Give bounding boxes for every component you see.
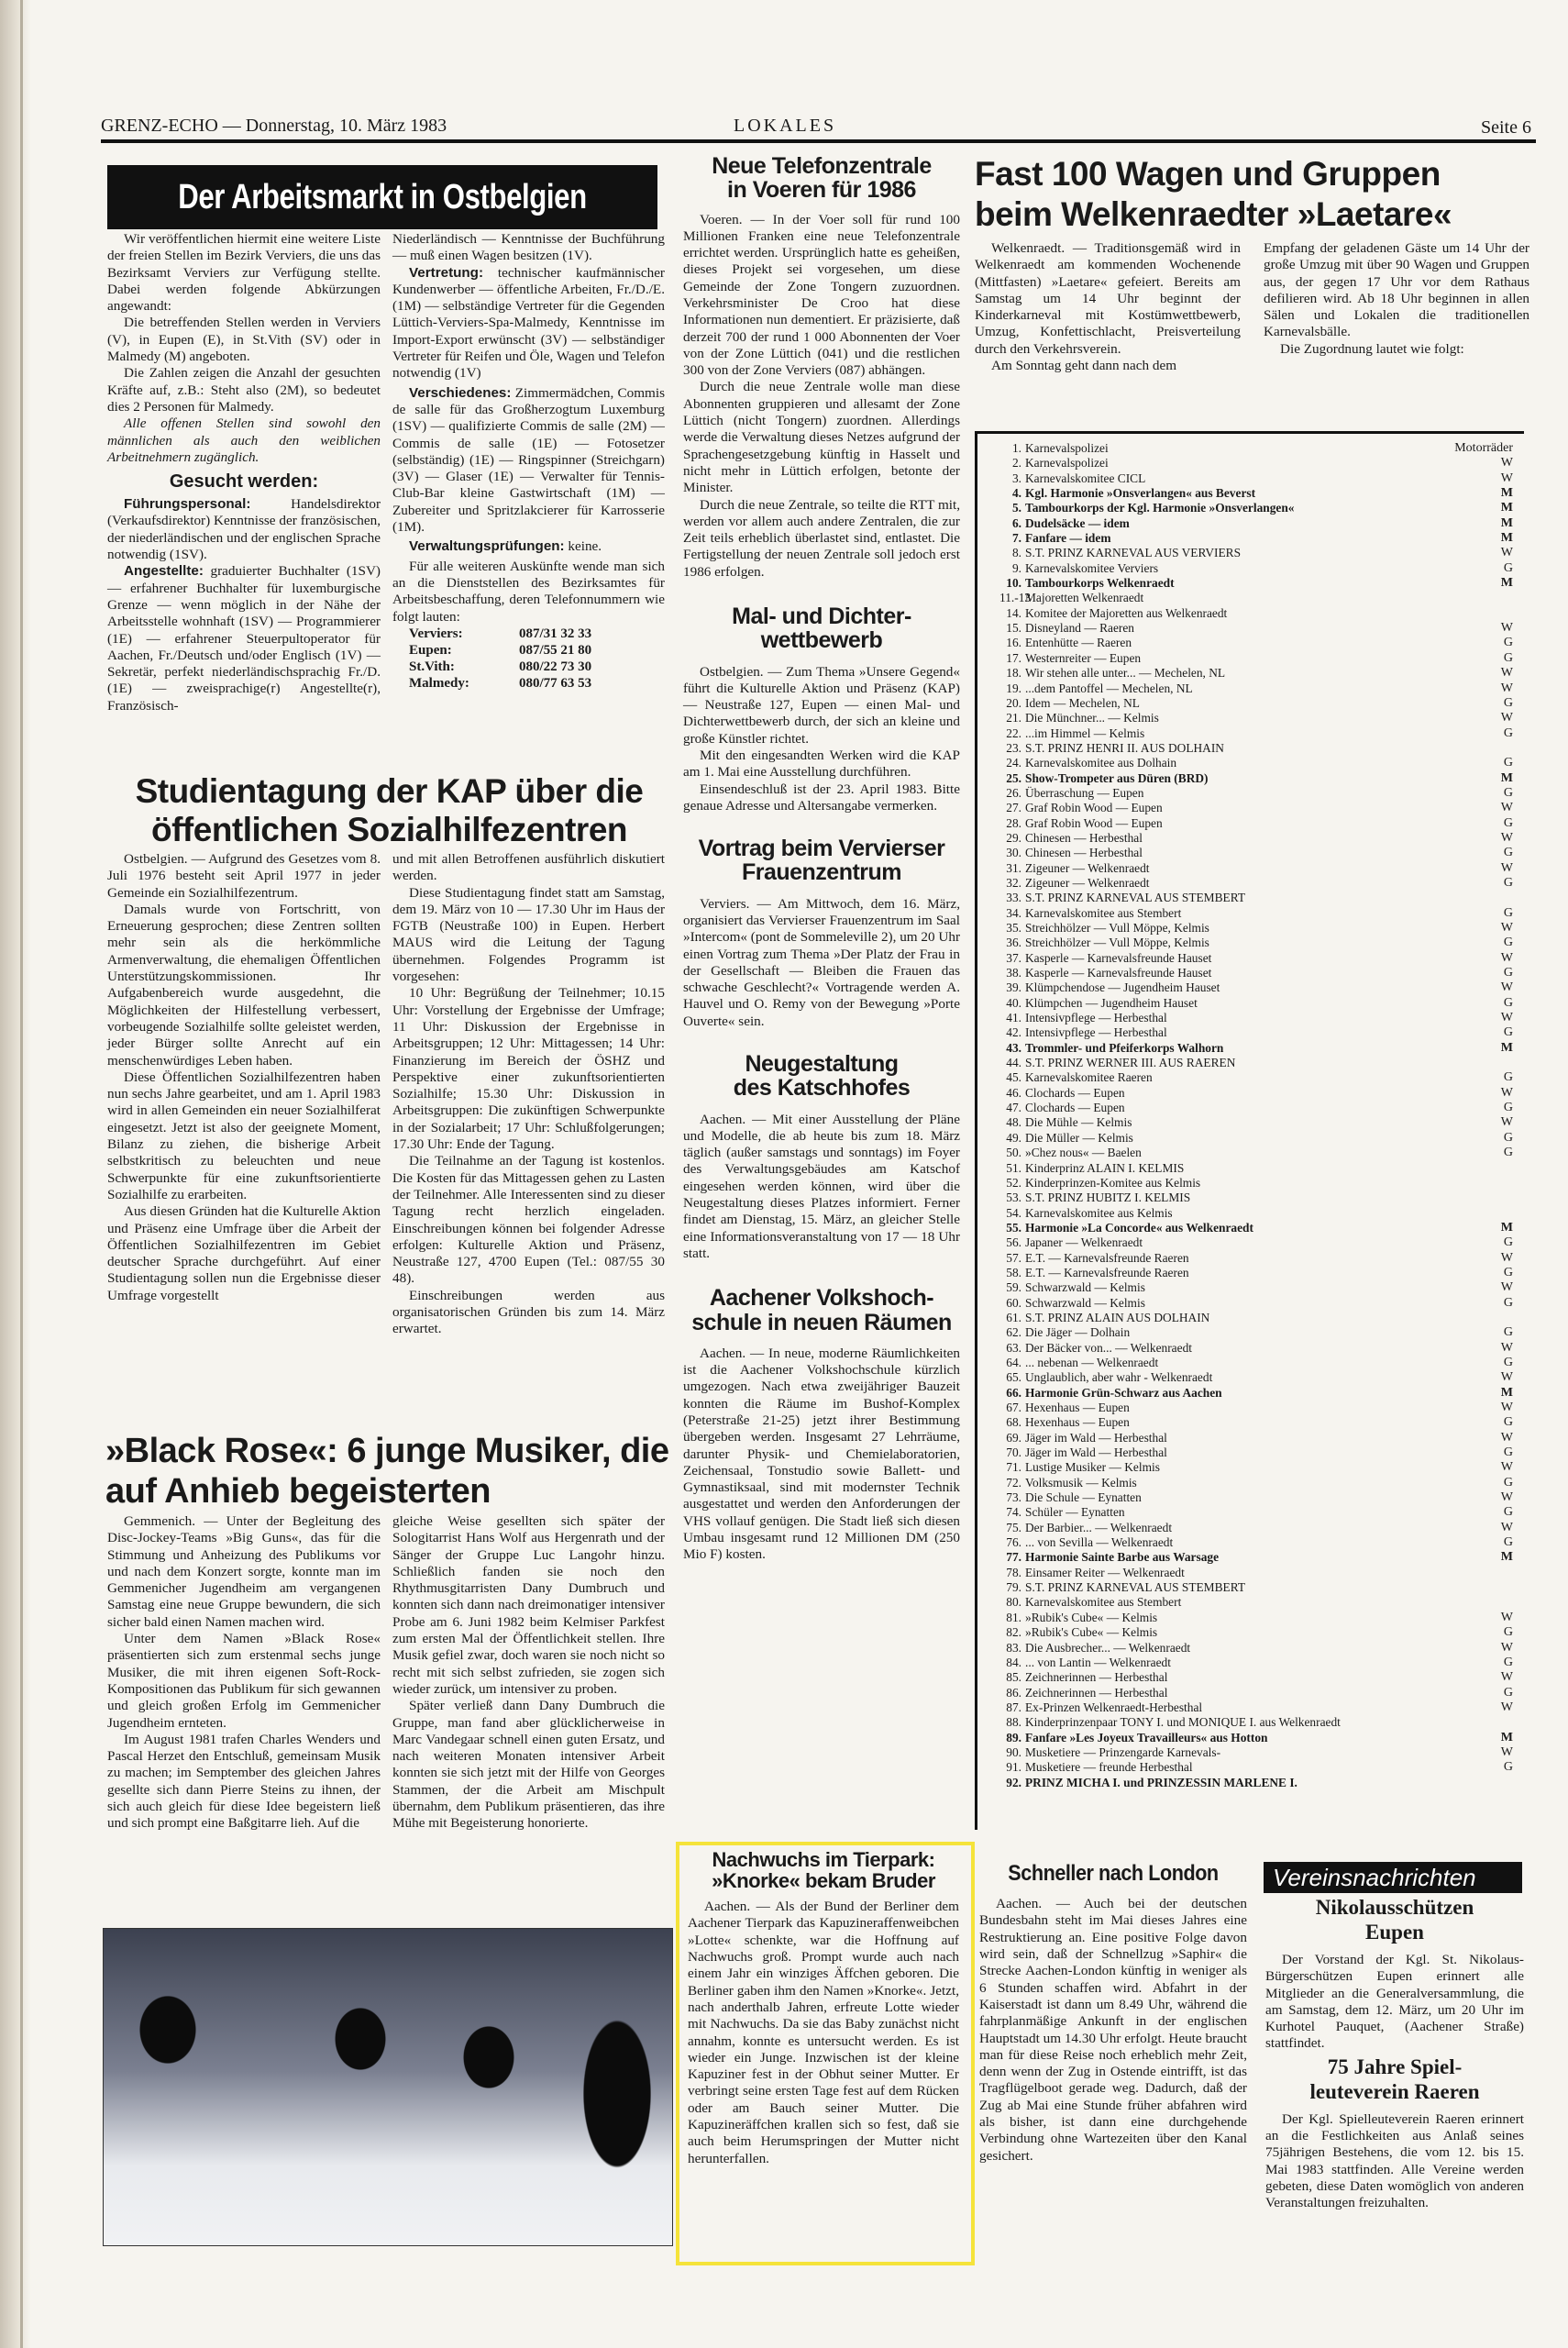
zugordnung-number: 6. <box>999 516 1021 531</box>
zugordnung-type: G <box>1504 1131 1513 1146</box>
article-paragraph: Führungspersonal: Handelsdirektor (Verka… <box>107 496 381 563</box>
zugordnung-entry: 57.E.T. — Karnevalsfreunde Raeren <box>999 1251 1189 1266</box>
article-paragraph: Verwaltungsprüfungen: keine. <box>392 538 665 555</box>
zugordnung-type: W <box>1501 921 1513 936</box>
zugordnung-number: 35. <box>999 921 1021 936</box>
article-paragraph: Angestellte: graduierter Buchhalter (1SV… <box>107 563 381 714</box>
middle-column: Neue Telefonzentrale in Voeren für 1986 … <box>683 154 960 1564</box>
zugordnung-row: 66.Harmonie Grün-Schwarz aus AachenM <box>999 1386 1513 1401</box>
zugordnung-type: M <box>1501 1731 1513 1745</box>
zugordnung-row: 88.Kinderprinzenpaar TONY I. und MONIQUE… <box>999 1715 1513 1730</box>
zugordnung-row: 14.Komitee der Majoretten aus Welkenraed… <box>999 606 1513 621</box>
zugordnung-number: 80. <box>999 1595 1021 1610</box>
zugordnung-name: Karnevalskomitee aus Kelmis <box>1025 1206 1173 1220</box>
zugordnung-type: W <box>1501 1011 1513 1025</box>
phone-city: Eupen: <box>409 642 519 659</box>
article-paragraph: Die Zugordnung lautet wie folgt: <box>1264 341 1529 358</box>
zugordnung-row: 42.Intensivpflege — HerbesthalG <box>999 1025 1513 1040</box>
zugordnung-name: Harmonie Grün-Schwarz aus Aachen <box>1025 1386 1222 1400</box>
zugordnung-name: ... von Sevilla — Welkenraedt <box>1025 1535 1173 1549</box>
arbeitsmarkt-headline: Der Arbeitsmarkt in Ostbelgien <box>157 165 608 229</box>
zugordnung-name: Die Ausbrecher... — Welkenraedt <box>1025 1641 1190 1655</box>
zugordnung-row: 70.Jäger im Wald — HerbesthalG <box>999 1445 1513 1460</box>
zugordnung-row: 78.Einsamer Reiter — Welkenraedt <box>999 1566 1513 1580</box>
zugordnung-name: Karnevalskomitee aus Stembert <box>1025 1595 1181 1609</box>
zugordnung-number: 19. <box>999 681 1021 696</box>
zugordnung-name: Kasperle — Karnevalsfreunde Hauset <box>1025 966 1211 980</box>
zugordnung-row: 50.»Chez nous« — BaelenG <box>999 1146 1513 1160</box>
zugordnung-row: 48.Die Mühle — KelmisW <box>999 1115 1513 1130</box>
zugordnung-entry: 73.Die Schule — Eynatten <box>999 1490 1142 1505</box>
zugordnung-number: 47. <box>999 1101 1021 1115</box>
zugordnung-entry: 88.Kinderprinzenpaar TONY I. und MONIQUE… <box>999 1715 1341 1730</box>
zugordnung-number: 9. <box>999 561 1021 576</box>
zugordnung-name: »Chez nous« — Baelen <box>1025 1146 1142 1159</box>
zugordnung-type: G <box>1504 996 1513 1011</box>
zugordnung-entry: 1.Karnevalspolizei <box>999 441 1109 456</box>
katschhof-headline: Neugestaltung des Katschhofes <box>683 1052 960 1101</box>
article-paragraph: Ostbelgien. — Aufgrund des Gesetzes vom … <box>107 851 381 902</box>
nikolaus-headline: Nikolausschützen Eupen <box>1265 1895 1524 1944</box>
zugordnung-name: Schwarzwald — Kelmis <box>1025 1280 1145 1294</box>
zugordnung-number: 4. <box>999 486 1021 501</box>
article-paragraph: Aus diesen Gründen hat die Kulturelle Ak… <box>107 1203 381 1304</box>
zugordnung-row: 24.Karnevalskomitee aus DolhainG <box>999 756 1513 770</box>
zugordnung-type: G <box>1504 1101 1513 1115</box>
masthead-page-number: Seite 6 <box>1481 117 1531 138</box>
vhs-headline: Aachener Volkshoch- schule in neuen Räum… <box>683 1286 960 1335</box>
headline-line: Nachwuchs im Tierpark: <box>688 1849 959 1870</box>
zugordnung-name: Karnevalspolizei <box>1025 456 1109 470</box>
article-paragraph: Die betreffenden Stellen werden in Vervi… <box>107 315 381 365</box>
article-paragraph: Durch die neue Zentrale wolle man diese … <box>683 379 960 496</box>
zugordnung-name: Lustige Musiker — Kelmis <box>1025 1460 1160 1474</box>
zugordnung-number: 14. <box>999 606 1021 621</box>
zugordnung-type: M <box>1501 516 1513 531</box>
zugordnung-number: 77. <box>999 1550 1021 1565</box>
zugordnung-row: 23.S.T. PRINZ HENRI II. AUS DOLHAIN <box>999 741 1513 756</box>
headline-line: Aachener Volkshoch- <box>683 1286 960 1310</box>
zugordnung-entry: 60.Schwarzwald — Kelmis <box>999 1296 1145 1311</box>
zugordnung-entry: 26.Überraschung — Eupen <box>999 786 1143 801</box>
article-paragraph: 10 Uhr: Begrüßung der Teilnehmer; 10.15 … <box>392 985 665 1153</box>
zugordnung-entry: 10.Tambourkorps Welkenraedt <box>999 576 1175 591</box>
zugordnung-row: 85.Zeichnerinnen — HerbesthalW <box>999 1670 1513 1685</box>
zugordnung-name: Disneyland — Raeren <box>1025 621 1134 635</box>
zugordnung-row: 1.KarnevalspolizeiMotorräder <box>999 441 1513 456</box>
arbeitsmarkt-col2: Niederländisch — Kenntnisse der Buchführ… <box>392 231 665 692</box>
london-headline: Schneller nach London <box>993 1862 1234 1885</box>
zugordnung-type: G <box>1504 876 1513 891</box>
zugordnung-name: Harmonie Sainte Barbe aus Warsage <box>1025 1550 1219 1564</box>
zugordnung-type: G <box>1504 1070 1513 1085</box>
zugordnung-name: Tambourkorps der Kgl. Harmonie »Onsverla… <box>1025 501 1295 515</box>
zugordnung-entry: 15.Disneyland — Raeren <box>999 621 1134 636</box>
zugordnung-entry: 77.Harmonie Sainte Barbe aus Warsage <box>999 1550 1219 1565</box>
zugordnung-name: Harmonie »La Concorde« aus Welkenraedt <box>1025 1221 1253 1235</box>
zugordnung-name: Streichhölzer — Vull Möppe, Kelmis <box>1025 936 1209 949</box>
masthead: GRENZ-ECHO — Donnerstag, 10. März 1983 L… <box>101 112 1531 138</box>
zugordnung-number: 31. <box>999 861 1021 876</box>
zugordnung-number: 10. <box>999 576 1021 591</box>
zugordnung-name: Musketiere — freunde Herbesthal <box>1025 1760 1193 1774</box>
zugordnung-type: W <box>1501 1521 1513 1535</box>
zugordnung-entry: 74.Schüler — Eynatten <box>999 1505 1125 1520</box>
zugordnung-entry: 22....im Himmel — Kelmis <box>999 726 1144 741</box>
zugordnung-entry: 76.... von Sevilla — Welkenraedt <box>999 1535 1173 1550</box>
zugordnung-number: 70. <box>999 1445 1021 1460</box>
zugordnung-row: 27.Graf Robin Wood — EupenW <box>999 801 1513 815</box>
zugordnung-number: 59. <box>999 1280 1021 1295</box>
phone-row: Verviers:087/31 32 33 <box>409 626 665 642</box>
zugordnung-name: Fanfare »Les Joyeux Travailleurs« aus Ho… <box>1025 1731 1267 1744</box>
zugordnung-type: W <box>1501 1280 1513 1295</box>
zugordnung-row: 44.S.T. PRINZ WERNER III. AUS RAEREN <box>999 1056 1513 1070</box>
zugordnung-number: 78. <box>999 1566 1021 1580</box>
zugordnung-number: 58. <box>999 1266 1021 1280</box>
zugordnung-name: »Rubik's Cube« — Kelmis <box>1025 1625 1157 1639</box>
zugordnung-name: Westernreiter — Eupen <box>1025 651 1141 665</box>
zugordnung-number: 43. <box>999 1041 1021 1056</box>
zugordnung-number: 52. <box>999 1176 1021 1191</box>
zugordnung-number: 53. <box>999 1191 1021 1205</box>
zugordnung-type: G <box>1504 786 1513 801</box>
zugordnung-number: 26. <box>999 786 1021 801</box>
arbeitsmarkt-col1: Wir veröffentlichen hiermit eine weitere… <box>107 231 381 714</box>
zugordnung-entry: 45.Karnevalskomitee Raeren <box>999 1070 1153 1085</box>
zugordnung-row: 72.Volksmusik — KelmisG <box>999 1476 1513 1490</box>
zugordnung-name: Karnevalskomitee Raeren <box>1025 1070 1153 1084</box>
zugordnung-entry: 17.Westernreiter — Eupen <box>999 651 1141 666</box>
zugordnung-name: Zigeuner — Welkenraedt <box>1025 861 1150 875</box>
zugordnung-type: W <box>1501 831 1513 846</box>
zugordnung-entry: 33.S.T. PRINZ KARNEVAL AUS STEMBERT <box>999 891 1245 905</box>
zugordnung-type: W <box>1501 546 1513 560</box>
zugordnung-name: Zeichnerinnen — Herbesthal <box>1025 1686 1167 1700</box>
zugordnung-number: 91. <box>999 1760 1021 1775</box>
zugordnung-entry: 61.S.T. PRINZ ALAIN AUS DOLHAIN <box>999 1311 1209 1325</box>
zugordnung-entry: 56.Japaner — Welkenraedt <box>999 1235 1143 1250</box>
zugordnung-entry: 83.Die Ausbrecher... — Welkenraedt <box>999 1641 1190 1656</box>
zugordnung-type: M <box>1501 1041 1513 1056</box>
zugordnung-row: 77.Harmonie Sainte Barbe aus WarsageM <box>999 1550 1513 1565</box>
zugordnung-row: 54.Karnevalskomitee aus Kelmis <box>999 1206 1513 1221</box>
zugordnung-entry: 30.Chinesen — Herbesthal <box>999 846 1143 860</box>
zugordnung-entry: 82.»Rubik's Cube« — Kelmis <box>999 1625 1157 1640</box>
zugordnung-type: G <box>1504 936 1513 950</box>
zugordnung-name: Musketiere — Prinzengarde Karnevals- <box>1025 1745 1220 1759</box>
zugordnung-entry: 2.Karnevalspolizei <box>999 456 1109 471</box>
zugordnung-entry: 49.Die Müller — Kelmis <box>999 1131 1133 1146</box>
zugordnung-type: W <box>1501 801 1513 815</box>
malwettbewerb-headline: Mal- und Dichter- wettbewerb <box>683 604 960 653</box>
zugordnung-type: G <box>1504 1146 1513 1160</box>
zugordnung-entry: 64.... nebenan — Welkenraedt <box>999 1356 1158 1370</box>
phone-number: 080/77 63 53 <box>519 675 591 692</box>
zugordnung-entry: 46.Clochards — Eupen <box>999 1086 1125 1101</box>
zugordnung-number: 20. <box>999 696 1021 711</box>
zugordnung-number: 28. <box>999 816 1021 831</box>
zugordnung-entry: 18.Wir stehen alle unter... — Mechelen, … <box>999 666 1225 681</box>
zugordnung-name: Idem — Mechelen, NL <box>1025 696 1140 710</box>
zugordnung-name: Fanfare — idem <box>1025 531 1110 545</box>
zugordnung-entry: 19....dem Pantoffel — Mechelen, NL <box>999 681 1193 696</box>
zugordnung-entry: 85.Zeichnerinnen — Herbesthal <box>999 1670 1167 1685</box>
phone-number: 087/55 21 80 <box>519 642 591 659</box>
zugordnung-entry: 37.Kasperle — Karnevalsfreunde Hauset <box>999 951 1211 966</box>
zugordnung-entry: 21.Die Münchner... — Kelmis <box>999 711 1159 725</box>
zugordnung-entry: 11.-13Majoretten Welkenraedt <box>999 591 1143 605</box>
zugordnung-row: 32.Zigeuner — WelkenraedtG <box>999 876 1513 891</box>
zugordnung-row: 11.-13Majoretten Welkenraedt <box>999 591 1513 605</box>
zugordnung-name: Komitee der Majoretten aus Welkenraedt <box>1025 606 1227 620</box>
zugordnung-number: 89. <box>999 1731 1021 1745</box>
article-paragraph: Diese Öffentlichen Sozialhilfezentren ha… <box>107 1069 381 1203</box>
headline-line: leuteverein Raeren <box>1265 2079 1524 2104</box>
zugordnung-number: 75. <box>999 1521 1021 1535</box>
zugordnung-row: 3.Karnevalskomitee CICLW <box>999 471 1513 486</box>
zugordnung-row: 82.»Rubik's Cube« — KelmisG <box>999 1625 1513 1640</box>
headline-line: Mal- und Dichter- <box>683 604 960 628</box>
zugordnung-row: 16.Entenhütte — RaerenG <box>999 636 1513 650</box>
article-paragraph: Damals wurde von Fortschritt, von Erneue… <box>107 902 381 1069</box>
zugordnung-row: 36.Streichhölzer — Vull Möppe, KelmisG <box>999 936 1513 950</box>
zugordnung-number: 67. <box>999 1401 1021 1415</box>
zugordnung-entry: 5.Tambourkorps der Kgl. Harmonie »Onsver… <box>999 501 1295 515</box>
article-paragraph: Die Zahlen zeigen die Anzahl der gesucht… <box>107 365 381 415</box>
headline-line: Neugestaltung <box>683 1052 960 1076</box>
zugordnung-name: Majoretten Welkenraedt <box>1025 591 1143 604</box>
zugordnung-entry: 70.Jäger im Wald — Herbesthal <box>999 1445 1167 1460</box>
zugordnung-number: 63. <box>999 1341 1021 1356</box>
zugordnung-number: 79. <box>999 1580 1021 1595</box>
zugordnung-number: 57. <box>999 1251 1021 1266</box>
zugordnung-row: 33.S.T. PRINZ KARNEVAL AUS STEMBERT <box>999 891 1513 905</box>
phone-city: St.Vith: <box>409 659 519 675</box>
zugordnung-name: Wir stehen alle unter... — Mechelen, NL <box>1025 666 1225 680</box>
zugordnung-name: ... nebenan — Welkenraedt <box>1025 1356 1158 1369</box>
zugordnung-type: G <box>1504 1296 1513 1311</box>
category-label: Angestellte: <box>124 563 204 579</box>
zugordnung-number: 56. <box>999 1235 1021 1250</box>
zugordnung-type: Motorräder <box>1454 441 1513 456</box>
zugordnung-entry: 48.Die Mühle — Kelmis <box>999 1115 1132 1130</box>
article-paragraph: Aachen. — Auch bei der deutschen Bundesb… <box>979 1896 1247 2165</box>
zugordnung-row: 86.Zeichnerinnen — HerbesthalG <box>999 1686 1513 1700</box>
zugordnung-name: Volksmusik — Kelmis <box>1025 1476 1137 1490</box>
zugordnung-row: 22....im Himmel — KelmisG <box>999 726 1513 741</box>
zugordnung-entry: 14.Komitee der Majoretten aus Welkenraed… <box>999 606 1227 621</box>
zugordnung-entry: 4.Kgl. Harmonie »Onsverlangen« aus Bever… <box>999 486 1255 501</box>
article-paragraph: gleiche Weise gesellten sich später der … <box>392 1513 665 1698</box>
headline-line: Vortrag beim Vervierser <box>683 836 960 860</box>
article-paragraph: Unter dem Namen »Black Rose« präsentiert… <box>107 1631 381 1732</box>
zugordnung-type: G <box>1504 1535 1513 1550</box>
zugordnung-number: 38. <box>999 966 1021 980</box>
zugordnung-row: 19....dem Pantoffel — Mechelen, NLW <box>999 681 1513 696</box>
zugordnung-row: 5.Tambourkorps der Kgl. Harmonie »Onsver… <box>999 501 1513 515</box>
zugordnung-entry: 52.Kinderprinzen-Komitee aus Kelmis <box>999 1176 1200 1191</box>
zugordnung-type: G <box>1504 1415 1513 1430</box>
zugordnung-entry: 53.S.T. PRINZ HUBITZ I. KELMIS <box>999 1191 1190 1205</box>
article-paragraph: Der Kgl. Spielleuteverein Raeren erinner… <box>1265 2111 1524 2212</box>
zugordnung-number: 3. <box>999 471 1021 486</box>
zugordnung-number: 7. <box>999 531 1021 546</box>
zugordnung-entry: 31.Zigeuner — Welkenraedt <box>999 861 1150 876</box>
article-paragraph: Für alle weiteren Auskünfte wende man si… <box>392 559 665 626</box>
zugordnung-type: W <box>1501 980 1513 995</box>
zugordnung-entry: 42.Intensivpflege — Herbesthal <box>999 1025 1167 1040</box>
zugordnung-type: W <box>1501 861 1513 876</box>
zugordnung-entry: 20.Idem — Mechelen, NL <box>999 696 1140 711</box>
category-text: graduierter Buchhalter (1SV) — erfahrene… <box>107 563 381 713</box>
zugordnung-number: 54. <box>999 1206 1021 1221</box>
zugordnung-type: G <box>1504 1686 1513 1700</box>
zugordnung-type: W <box>1501 456 1513 471</box>
zugordnung-row: 91.Musketiere — freunde HerbesthalG <box>999 1760 1513 1775</box>
headline-line: beim Welkenraedter »Laetare« <box>975 194 1525 235</box>
zugordnung-entry: 41.Intensivpflege — Herbesthal <box>999 1011 1167 1025</box>
zugordnung-entry: 68.Hexenhaus — Eupen <box>999 1415 1130 1430</box>
zugordnung-entry: 36.Streichhölzer — Vull Möppe, Kelmis <box>999 936 1209 950</box>
zugordnung-row: 67.Hexenhaus — EupenW <box>999 1401 1513 1415</box>
zugordnung-type: W <box>1501 1745 1513 1760</box>
article-paragraph: Die Teilnahme an der Tagung ist kostenlo… <box>392 1153 665 1287</box>
zugordnung-row: 64.... nebenan — WelkenraedtG <box>999 1356 1513 1370</box>
article-paragraph: Diese Studientagung findet statt am Sams… <box>392 885 665 986</box>
zugordnung-name: Kinderprinzen-Komitee aus Kelmis <box>1025 1176 1200 1190</box>
telefon-headline: Neue Telefonzentrale in Voeren für 1986 <box>683 154 960 203</box>
zugordnung-number: 65. <box>999 1370 1021 1385</box>
article-paragraph: Aachen. — Mit einer Ausstellung der Plän… <box>683 1112 960 1263</box>
zugordnung-name: Einsamer Reiter — Welkenraedt <box>1025 1566 1185 1579</box>
zugordnung-row: 65.Unglaublich, aber wahr - WelkenraedtW <box>999 1370 1513 1385</box>
zugordnung-name: Hexenhaus — Eupen <box>1025 1415 1130 1429</box>
article-paragraph: und mit allen Betroffenen ausführlich di… <box>392 851 665 885</box>
zugordnung-row: 61.S.T. PRINZ ALAIN AUS DOLHAIN <box>999 1311 1513 1325</box>
blackrose-col1: Gemmenich. — Unter der Begleitung des Di… <box>107 1513 381 1833</box>
zugordnung-entry: 7.Fanfare — idem <box>999 531 1110 546</box>
zugordnung-number: 11.-13 <box>999 591 1021 605</box>
zugordnung-number: 68. <box>999 1415 1021 1430</box>
zugordnung-entry: 16.Entenhütte — Raeren <box>999 636 1132 650</box>
masthead-publication-date: GRENZ-ECHO — Donnerstag, 10. März 1983 <box>101 116 447 137</box>
kap-col2: und mit allen Betroffenen ausführlich di… <box>392 851 665 1338</box>
zugordnung-type: M <box>1501 1550 1513 1565</box>
zugordnung-type: G <box>1504 966 1513 980</box>
category-text: Zimmermädchen, Commis de salle für das G… <box>392 385 665 535</box>
masthead-section: LOKALES <box>734 116 836 137</box>
zugordnung-row: 29.Chinesen — HerbesthalW <box>999 831 1513 846</box>
zugordnung-type: W <box>1501 621 1513 636</box>
zugordnung-number: 40. <box>999 996 1021 1011</box>
zugordnung-type: G <box>1504 1266 1513 1280</box>
zugordnung-entry: 28.Graf Robin Wood — Eupen <box>999 816 1163 831</box>
laetare-col2: Empfang der geladenen Gäste um 14 Uhr de… <box>1264 240 1529 358</box>
zugordnung-type: G <box>1504 756 1513 770</box>
zugordnung-entry: 92.PRINZ MICHA I. und PRINZESSIN MARLENE… <box>999 1776 1297 1790</box>
zugordnung-type: G <box>1504 636 1513 650</box>
category-label: Führungspersonal: <box>124 496 250 512</box>
zugordnung-name: Entenhütte — Raeren <box>1025 636 1132 649</box>
zugordnung-number: 87. <box>999 1700 1021 1715</box>
zugordnung-entry: 24.Karnevalskomitee aus Dolhain <box>999 756 1176 770</box>
zugordnung-type: G <box>1504 651 1513 666</box>
zugordnung-number: 71. <box>999 1460 1021 1475</box>
zugordnung-type: G <box>1504 1325 1513 1340</box>
zugordnung-name: Tambourkorps Welkenraedt <box>1025 576 1175 590</box>
zugordnung-type: W <box>1501 1086 1513 1101</box>
zugordnung-entry: 50.»Chez nous« — Baelen <box>999 1146 1142 1160</box>
article-paragraph: Später verließ dann Dany Dumbruch die Gr… <box>392 1698 665 1832</box>
zugordnung-row: 80.Karnevalskomitee aus Stembert <box>999 1595 1513 1610</box>
zugordnung-row: 83.Die Ausbrecher... — WelkenraedtW <box>999 1641 1513 1656</box>
zugordnung-number: 44. <box>999 1056 1021 1070</box>
zugordnung-name: Der Barbier... — Welkenraedt <box>1025 1521 1172 1534</box>
zugordnung-type: G <box>1504 1235 1513 1250</box>
zugordnung-entry: 9.Karnevalskomitee Verviers <box>999 561 1158 576</box>
arbeitsmarkt-subhead: Gesucht werden: <box>107 471 381 493</box>
zugordnung-number: 81. <box>999 1611 1021 1625</box>
zugordnung-number: 48. <box>999 1115 1021 1130</box>
zugordnung-row: 7.Fanfare — idemM <box>999 531 1513 546</box>
zugordnung-entry: 3.Karnevalskomitee CICL <box>999 471 1145 486</box>
zugordnung-row: 49.Die Müller — KelmisG <box>999 1131 1513 1146</box>
article-paragraph: Voeren. — In der Voer soll für rund 100 … <box>683 212 960 380</box>
zugordnung-number: 88. <box>999 1715 1021 1730</box>
zugordnung-type: W <box>1501 1401 1513 1415</box>
zugordnung-row: 75.Der Barbier... — WelkenraedtW <box>999 1521 1513 1535</box>
zugordnung-type: W <box>1501 1490 1513 1505</box>
zugordnung-name: S.T. PRINZ KARNEVAL AUS VERVIERS <box>1025 546 1241 559</box>
category-text: keine. <box>565 538 602 554</box>
zugordnung-entry: 40.Klümpchen — Jugendheim Hauset <box>999 996 1198 1011</box>
zugordnung-type: W <box>1501 1460 1513 1475</box>
zugordnung-name: Intensivpflege — Herbesthal <box>1025 1011 1167 1024</box>
zugordnung-entry: 8.S.T. PRINZ KARNEVAL AUS VERVIERS <box>999 546 1241 560</box>
phone-number: 087/31 32 33 <box>519 626 591 642</box>
zugordnung-type: G <box>1504 816 1513 831</box>
zugordnung-entry: 78.Einsamer Reiter — Welkenraedt <box>999 1566 1185 1580</box>
zugordnung-entry: 69.Jäger im Wald — Herbesthal <box>999 1431 1167 1445</box>
zugordnung-row: 46.Clochards — EupenW <box>999 1086 1513 1101</box>
phone-row: Malmedy:080/77 63 53 <box>409 675 665 692</box>
zugordnung-row: 20.Idem — Mechelen, NLG <box>999 696 1513 711</box>
zugordnung-number: 45. <box>999 1070 1021 1085</box>
zugordnung-row: 53.S.T. PRINZ HUBITZ I. KELMIS <box>999 1191 1513 1205</box>
zugordnung-row: 92.PRINZ MICHA I. und PRINZESSIN MARLENE… <box>999 1776 1513 1790</box>
zugordnung-type: W <box>1501 1431 1513 1445</box>
zugordnung-row: 47.Clochards — EupenG <box>999 1101 1513 1115</box>
zugordnung-number: 51. <box>999 1161 1021 1176</box>
article-paragraph: Einschreibungen werden aus organisatoris… <box>392 1288 665 1338</box>
headline-line: Neue Telefonzentrale <box>683 154 960 178</box>
article-paragraph: Am Sonntag geht dann nach dem <box>975 358 1241 374</box>
tierpark-headline: Nachwuchs im Tierpark: »Knorke« bekam Br… <box>688 1849 959 1891</box>
zugordnung-row: 63.Der Bäcker von... — WelkenraedtW <box>999 1341 1513 1356</box>
zugordnung-name: Chinesen — Herbesthal <box>1025 831 1143 845</box>
zugordnung-name: E.T. — Karnevalsfreunde Raeren <box>1025 1251 1189 1265</box>
headline-line: in Voeren für 1986 <box>683 178 960 202</box>
zugordnung-type: G <box>1504 1505 1513 1520</box>
zugordnung-number: 84. <box>999 1656 1021 1670</box>
headline-line: Eupen <box>1265 1920 1524 1944</box>
zugordnung-name: Karnevalskomitee CICL <box>1025 471 1145 485</box>
zugordnung-entry: 29.Chinesen — Herbesthal <box>999 831 1143 846</box>
category-label: Verwaltungsprüfungen: <box>409 538 565 554</box>
laetare-col1: Welkenraedt. — Traditionsgemäß wird in W… <box>975 240 1241 374</box>
article-paragraph-italic: Alle offenen Stellen sind sowohl den män… <box>107 415 381 466</box>
